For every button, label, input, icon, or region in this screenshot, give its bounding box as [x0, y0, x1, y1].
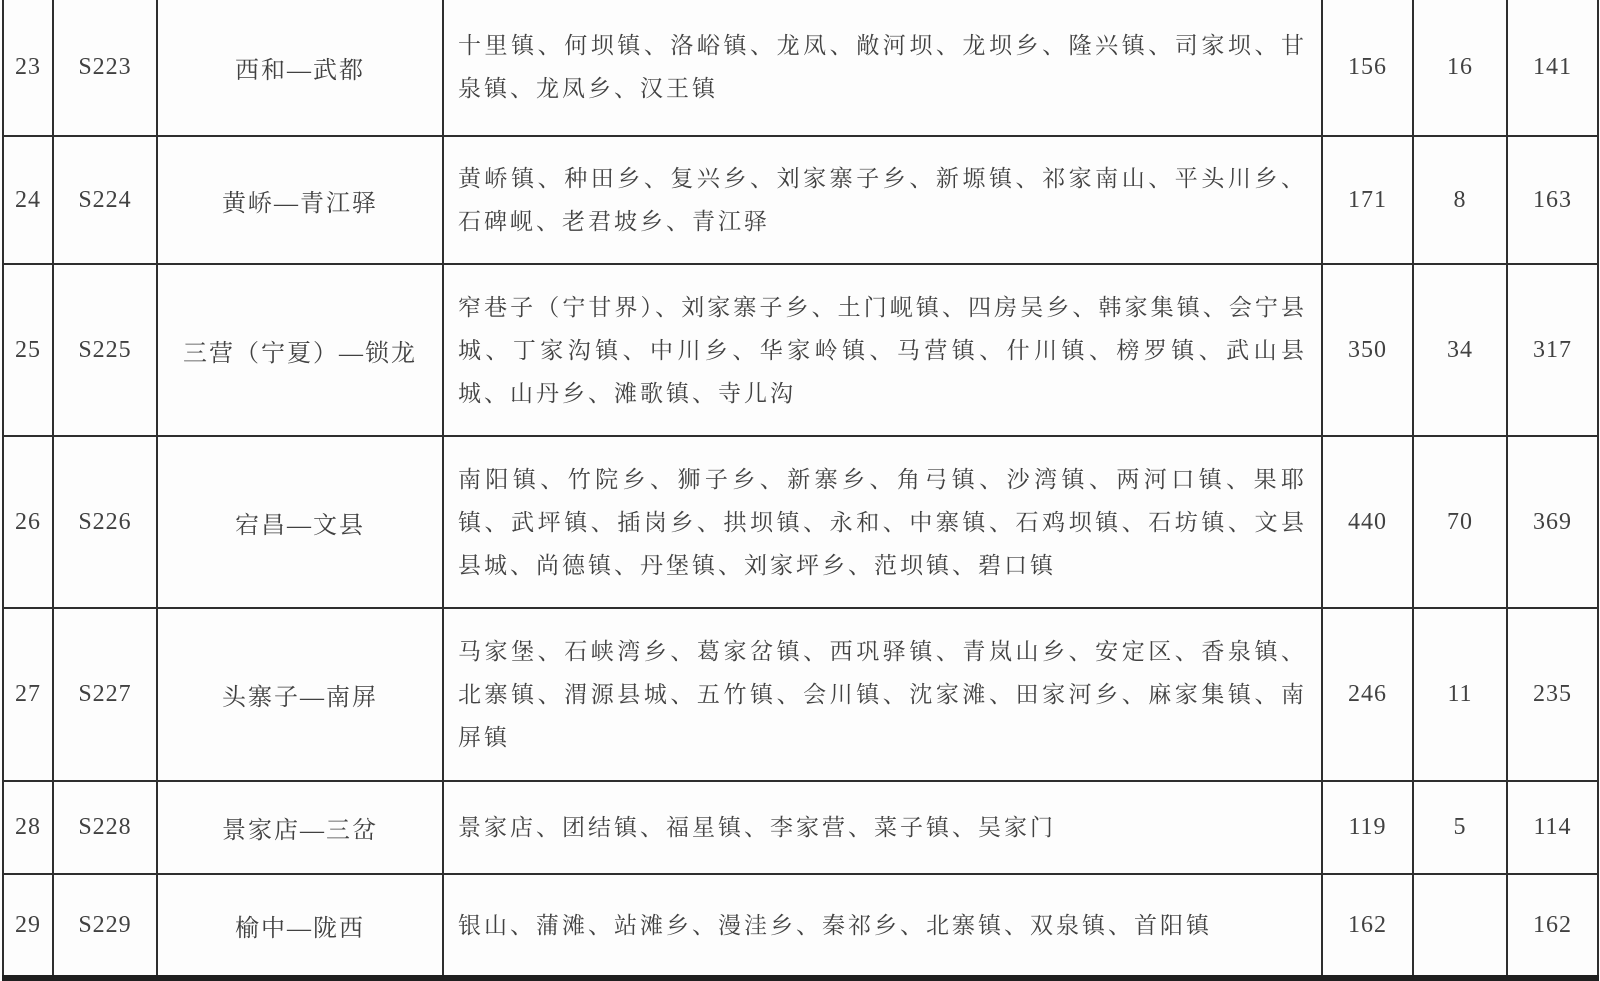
route-name-cell: 头寨子—南屏 [157, 608, 443, 781]
table-row: 28 S228 景家店—三岔 景家店、团结镇、福星镇、李家营、菜子镇、吴家门 1… [3, 781, 1598, 874]
control-points-cell: 景家店、团结镇、福星镇、李家营、菜子镇、吴家门 [443, 781, 1322, 874]
number-cell-3: 114 [1507, 781, 1598, 874]
control-points-cell: 十里镇、何坝镇、洛峪镇、龙凤、敞河坝、龙坝乡、隆兴镇、司家坝、甘泉镇、龙凤乡、汉… [443, 0, 1322, 136]
route-name-cell: 景家店—三岔 [157, 781, 443, 874]
seq-cell: 28 [3, 781, 53, 874]
route-code-cell: S228 [53, 781, 157, 874]
number-cell-2: 16 [1413, 0, 1507, 136]
seq-cell: 26 [3, 436, 53, 608]
route-code-cell: S225 [53, 264, 157, 436]
route-name-cell: 宕昌—文县 [157, 436, 443, 608]
number-cell-3: 141 [1507, 0, 1598, 136]
number-cell-3: 163 [1507, 136, 1598, 264]
control-points-cell: 南阳镇、竹院乡、狮子乡、新寨乡、角弓镇、沙湾镇、两河口镇、果耶镇、武坪镇、插岗乡… [443, 436, 1322, 608]
number-cell-2: 5 [1413, 781, 1507, 874]
seq-cell: 23 [3, 0, 53, 136]
number-cell-1: 350 [1322, 264, 1413, 436]
number-cell-2: 11 [1413, 608, 1507, 781]
route-name-cell: 三营（宁夏）—锁龙 [157, 264, 443, 436]
table-row: 26 S226 宕昌—文县 南阳镇、竹院乡、狮子乡、新寨乡、角弓镇、沙湾镇、两河… [3, 436, 1598, 608]
route-name-cell: 西和—武都 [157, 0, 443, 136]
route-code-cell: S224 [53, 136, 157, 264]
number-cell-1: 119 [1322, 781, 1413, 874]
number-cell-3: 162 [1507, 874, 1598, 978]
route-code-cell: S223 [53, 0, 157, 136]
table-row: 29 S229 榆中—陇西 银山、蒲滩、站滩乡、漫洼乡、秦祁乡、北寨镇、双泉镇、… [3, 874, 1598, 978]
control-points-cell: 马家堡、石峡湾乡、葛家岔镇、西巩驿镇、青岚山乡、安定区、香泉镇、北寨镇、渭源县城… [443, 608, 1322, 781]
seq-cell: 29 [3, 874, 53, 978]
provincial-roads-table: 23 S223 西和—武都 十里镇、何坝镇、洛峪镇、龙凤、敞河坝、龙坝乡、隆兴镇… [2, 0, 1599, 981]
control-points-cell: 窄巷子（宁甘界）、刘家寨子乡、土门岘镇、四房吴乡、韩家集镇、会宁县城、丁家沟镇、… [443, 264, 1322, 436]
number-cell-3: 235 [1507, 608, 1598, 781]
table-row: 27 S227 头寨子—南屏 马家堡、石峡湾乡、葛家岔镇、西巩驿镇、青岚山乡、安… [3, 608, 1598, 781]
document-page: 23 S223 西和—武都 十里镇、何坝镇、洛峪镇、龙凤、敞河坝、龙坝乡、隆兴镇… [0, 0, 1600, 981]
number-cell-1: 440 [1322, 436, 1413, 608]
seq-cell: 25 [3, 264, 53, 436]
route-code-cell: S226 [53, 436, 157, 608]
number-cell-1: 171 [1322, 136, 1413, 264]
table-row: 24 S224 黄峤—青江驿 黄峤镇、种田乡、复兴乡、刘家寨子乡、新塬镇、祁家南… [3, 136, 1598, 264]
number-cell-2: 70 [1413, 436, 1507, 608]
number-cell-3: 317 [1507, 264, 1598, 436]
control-points-cell: 黄峤镇、种田乡、复兴乡、刘家寨子乡、新塬镇、祁家南山、平头川乡、石碑岘、老君坡乡… [443, 136, 1322, 264]
table-row: 23 S223 西和—武都 十里镇、何坝镇、洛峪镇、龙凤、敞河坝、龙坝乡、隆兴镇… [3, 0, 1598, 136]
number-cell-2: 34 [1413, 264, 1507, 436]
number-cell-1: 156 [1322, 0, 1413, 136]
seq-cell: 27 [3, 608, 53, 781]
route-name-cell: 黄峤—青江驿 [157, 136, 443, 264]
number-cell-2: 8 [1413, 136, 1507, 264]
seq-cell: 24 [3, 136, 53, 264]
route-name-cell: 榆中—陇西 [157, 874, 443, 978]
number-cell-2 [1413, 874, 1507, 978]
number-cell-1: 246 [1322, 608, 1413, 781]
route-code-cell: S227 [53, 608, 157, 781]
number-cell-1: 162 [1322, 874, 1413, 978]
control-points-cell: 银山、蒲滩、站滩乡、漫洼乡、秦祁乡、北寨镇、双泉镇、首阳镇 [443, 874, 1322, 978]
table-row: 25 S225 三营（宁夏）—锁龙 窄巷子（宁甘界）、刘家寨子乡、土门岘镇、四房… [3, 264, 1598, 436]
route-code-cell: S229 [53, 874, 157, 978]
number-cell-3: 369 [1507, 436, 1598, 608]
